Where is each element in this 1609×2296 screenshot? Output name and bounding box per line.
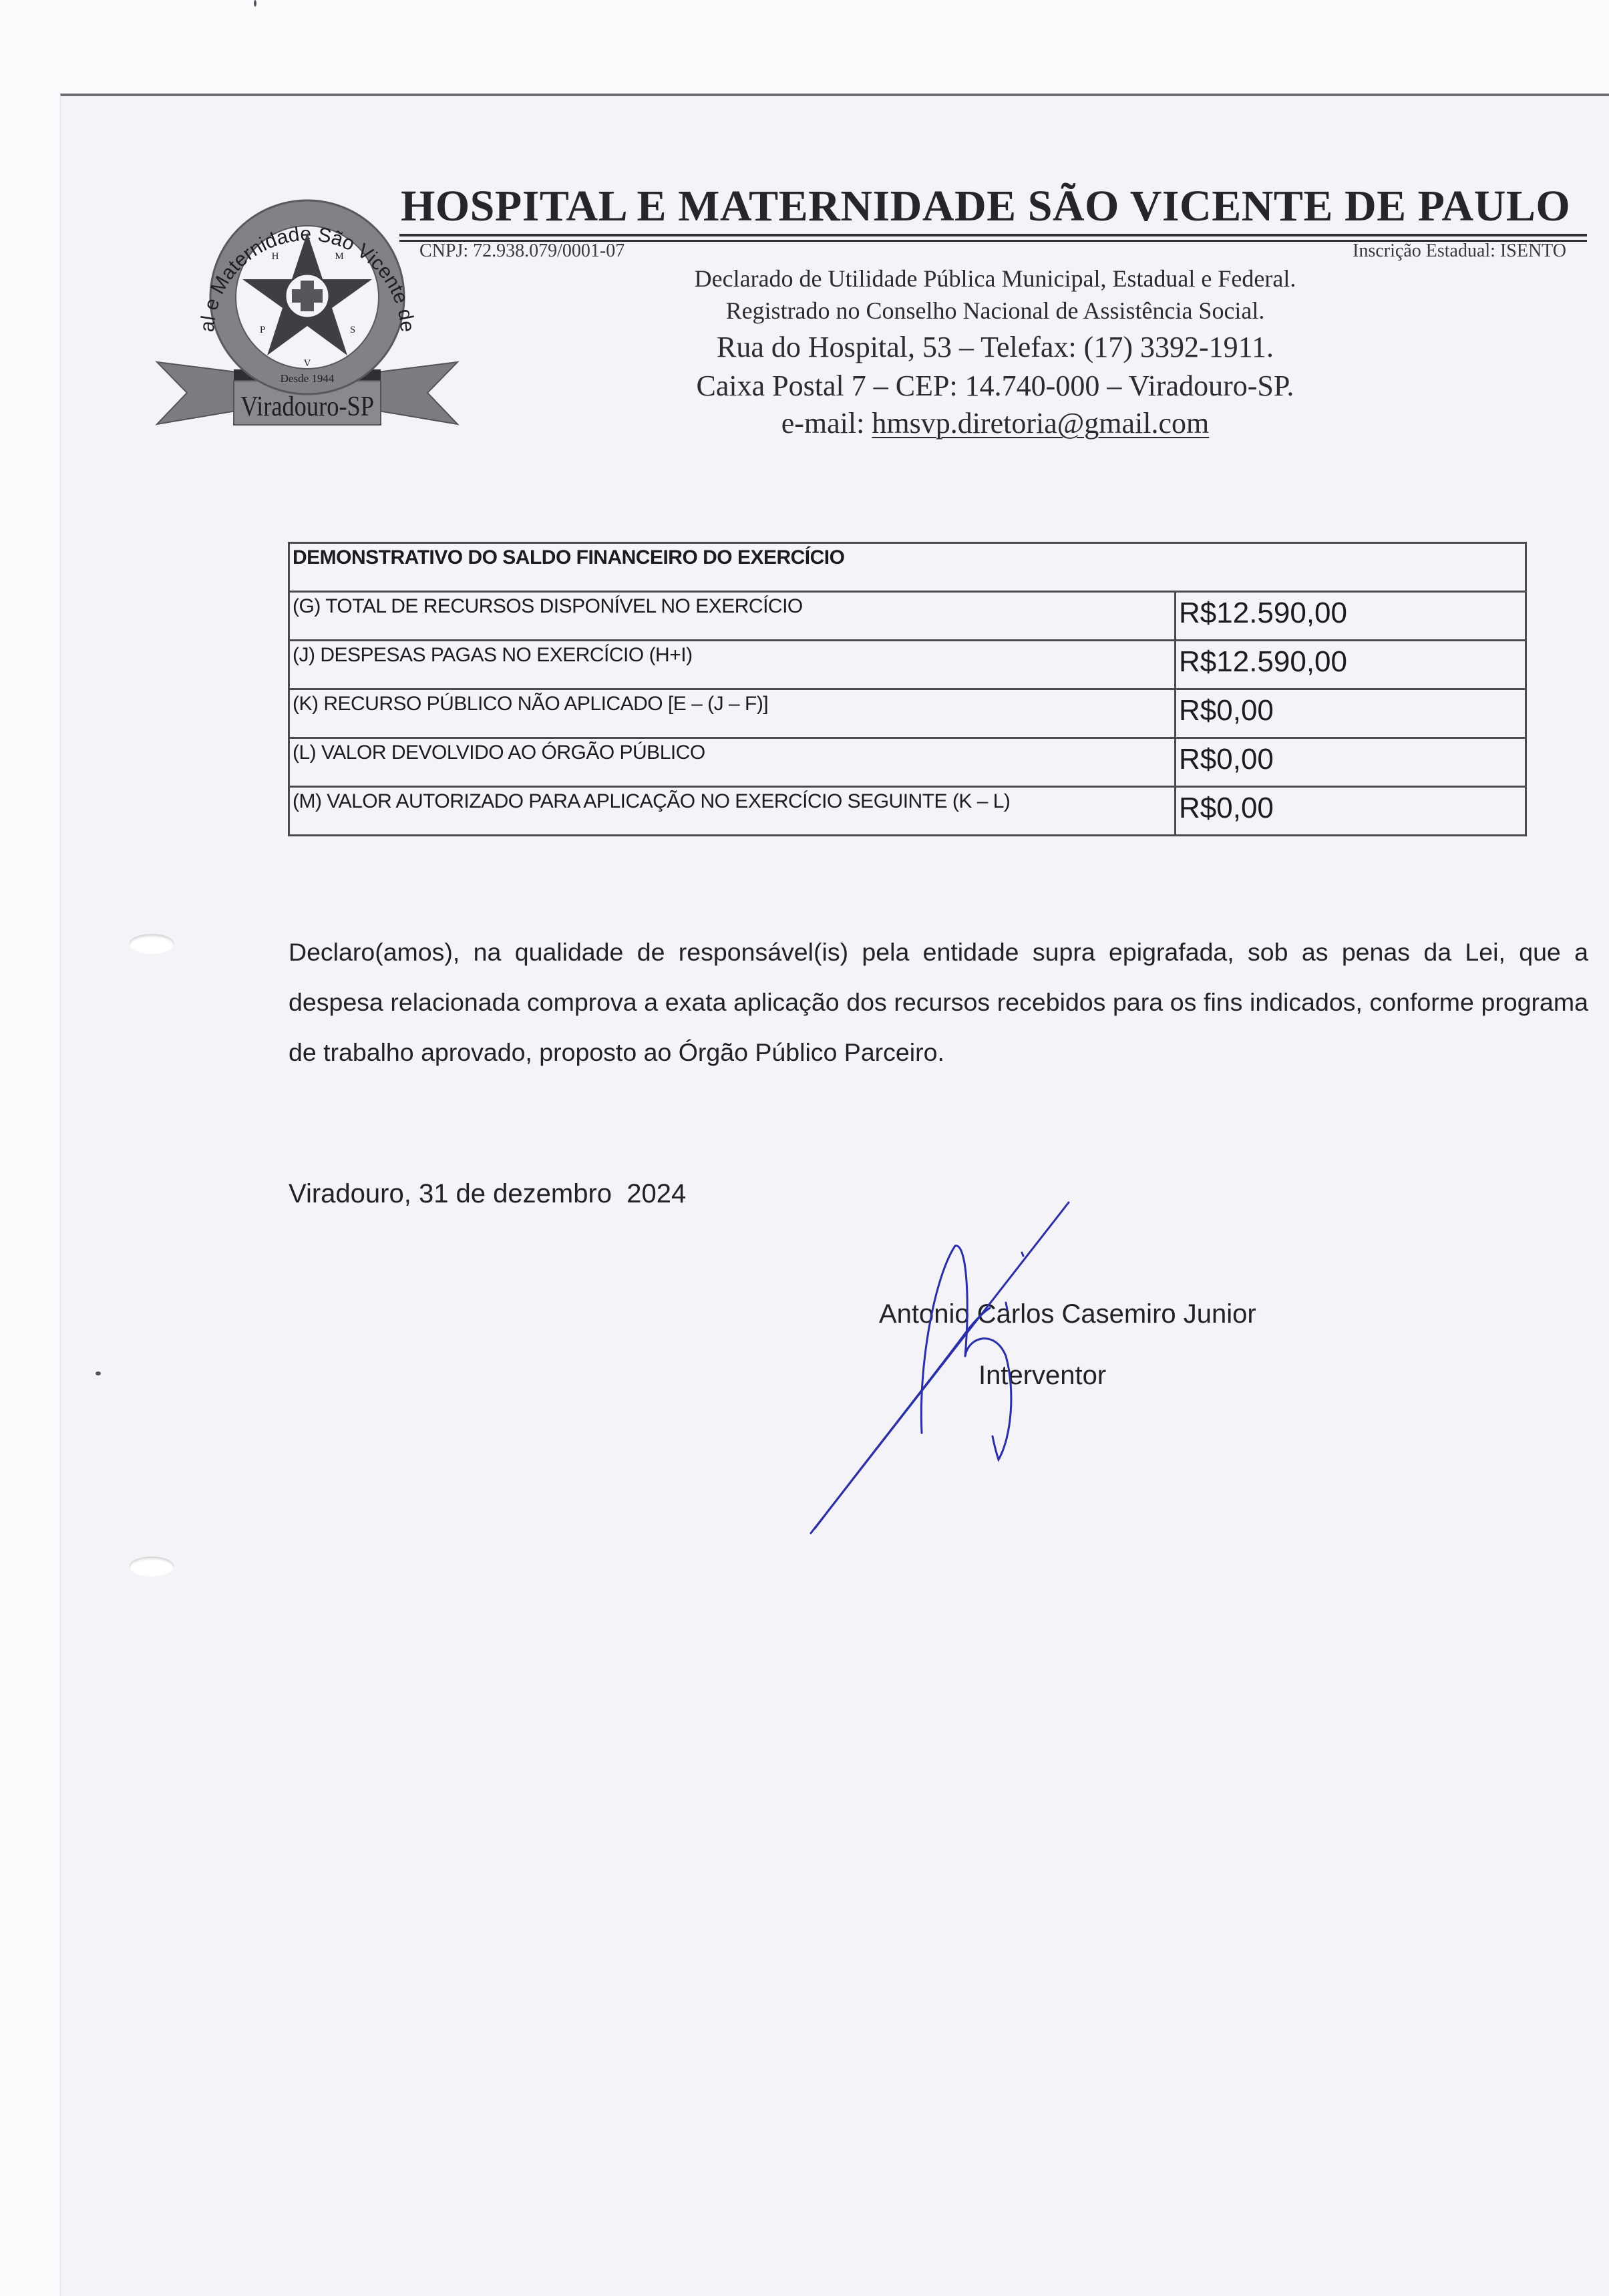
table-row: (G) TOTAL DE RECURSOS DISPONÍVEL NO EXER… xyxy=(289,592,1526,641)
organization-title: HOSPITAL E MATERNIDADE SÃO VICENTE DE PA… xyxy=(401,184,1586,228)
signer-role: Interventor xyxy=(978,1361,1106,1391)
punch-hole xyxy=(129,1556,174,1577)
svg-text:P: P xyxy=(260,325,265,335)
svg-text:Viradouro-SP: Viradouro-SP xyxy=(240,391,374,422)
table-title: DEMONSTRATIVO DO SALDO FINANCEIRO DO EXE… xyxy=(289,543,1526,592)
financial-balance-table: DEMONSTRATIVO DO SALDO FINANCEIRO DO EXE… xyxy=(288,542,1527,836)
table-row: (J) DESPESAS PAGAS NO EXERCÍCIO (H+I) R$… xyxy=(289,641,1526,689)
svg-text:H: H xyxy=(272,251,279,262)
registration-line: Registrado no Conselho Nacional de Assis… xyxy=(534,297,1456,325)
row-value: R$0,00 xyxy=(1176,787,1526,836)
svg-text:Desde 1944: Desde 1944 xyxy=(281,372,335,385)
email-line: e-mail: hmsvp.diretoria@gmail.com xyxy=(534,406,1456,440)
row-label: (G) TOTAL DE RECURSOS DISPONÍVEL NO EXER… xyxy=(289,592,1176,641)
row-label: (M) VALOR AUTORIZADO PARA APLICAÇÃO NO E… xyxy=(289,787,1176,836)
row-value: R$12.590,00 xyxy=(1176,592,1526,641)
svg-text:V: V xyxy=(304,358,311,369)
scan-speck xyxy=(254,0,256,7)
punch-hole xyxy=(129,934,174,954)
signer-name: Antonio Carlos Casemiro Junior xyxy=(879,1299,1256,1329)
state-registration: Inscrição Estadual: ISENTO xyxy=(1353,240,1566,262)
row-label: (K) RECURSO PÚBLICO NÃO APLICADO [E – (J… xyxy=(289,689,1176,738)
email-label: e-mail: xyxy=(781,407,872,440)
public-utility-line: Declarado de Utilidade Pública Municipal… xyxy=(534,265,1456,293)
address-phone-line: Rua do Hospital, 53 – Telefax: (17) 3392… xyxy=(534,330,1456,364)
row-value: R$0,00 xyxy=(1176,738,1526,787)
table-header-row: DEMONSTRATIVO DO SALDO FINANCEIRO DO EXE… xyxy=(289,543,1526,592)
table-row: (M) VALOR AUTORIZADO PARA APLICAÇÃO NO E… xyxy=(289,787,1526,836)
declaration-paragraph: Declaro(amos), na qualidade de responsáv… xyxy=(289,927,1588,1078)
svg-text:S: S xyxy=(350,325,355,335)
row-label: (L) VALOR DEVOLVIDO AO ÓRGÃO PÚBLICO xyxy=(289,738,1176,787)
cnpj: CNPJ: 72.938.079/0001-07 xyxy=(419,240,624,262)
row-label: (J) DESPESAS PAGAS NO EXERCÍCIO (H+I) xyxy=(289,641,1176,689)
postal-line: Caixa Postal 7 – CEP: 14.740-000 – Virad… xyxy=(534,369,1456,403)
row-value: R$12.590,00 xyxy=(1176,641,1526,689)
svg-text:M: M xyxy=(335,251,343,262)
table-row: (K) RECURSO PÚBLICO NÃO APLICADO [E – (J… xyxy=(289,689,1526,738)
email-link[interactable]: hmsvp.diretoria@gmail.com xyxy=(872,407,1209,440)
place-date: Viradouro, 31 de dezembro 2024 xyxy=(289,1179,686,1209)
table-row: (L) VALOR DEVOLVIDO AO ÓRGÃO PÚBLICO R$0… xyxy=(289,738,1526,787)
row-value: R$0,00 xyxy=(1176,689,1526,738)
scan-speck xyxy=(96,1371,101,1375)
